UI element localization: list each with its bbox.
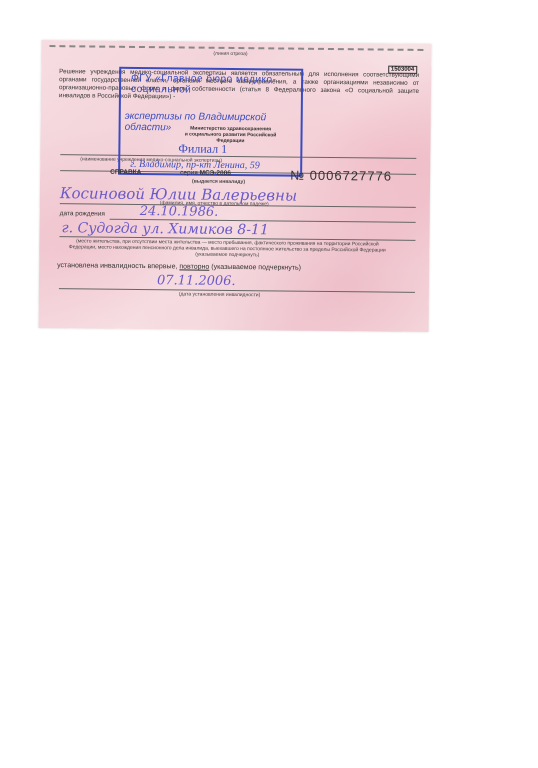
stamp-line1: ФГУ «Главное бюро медико-социальной [131,73,301,97]
certificate-number: № 0006727776 [290,168,392,184]
disability-certificate: (линия отреза) 1503004 Решение учреждени… [39,40,432,332]
doc-title: СПРАВКА [110,169,141,176]
disability-date-caption: (дата установления инвалидности) [179,291,260,298]
residence-caption: (место жительства, при отсутствии места … [67,238,387,259]
disability-date: 07.11.2006. [157,273,236,289]
stamp-branch: Филиал 1 [178,141,227,157]
issued-to-caption: (выдается инвалиду) [192,179,245,186]
institution-stamp: ФГУ «Главное бюро медико-социальной эксп… [118,67,303,177]
birth-date: 24.10.1986. [140,204,219,220]
disability-status: установлена инвалидность впервые, повтор… [57,262,301,272]
birth-label: дата рождения [60,210,105,217]
series: серия МСЭ-2006 [180,169,231,177]
cut-line-label: (линия отреза) [213,51,247,57]
